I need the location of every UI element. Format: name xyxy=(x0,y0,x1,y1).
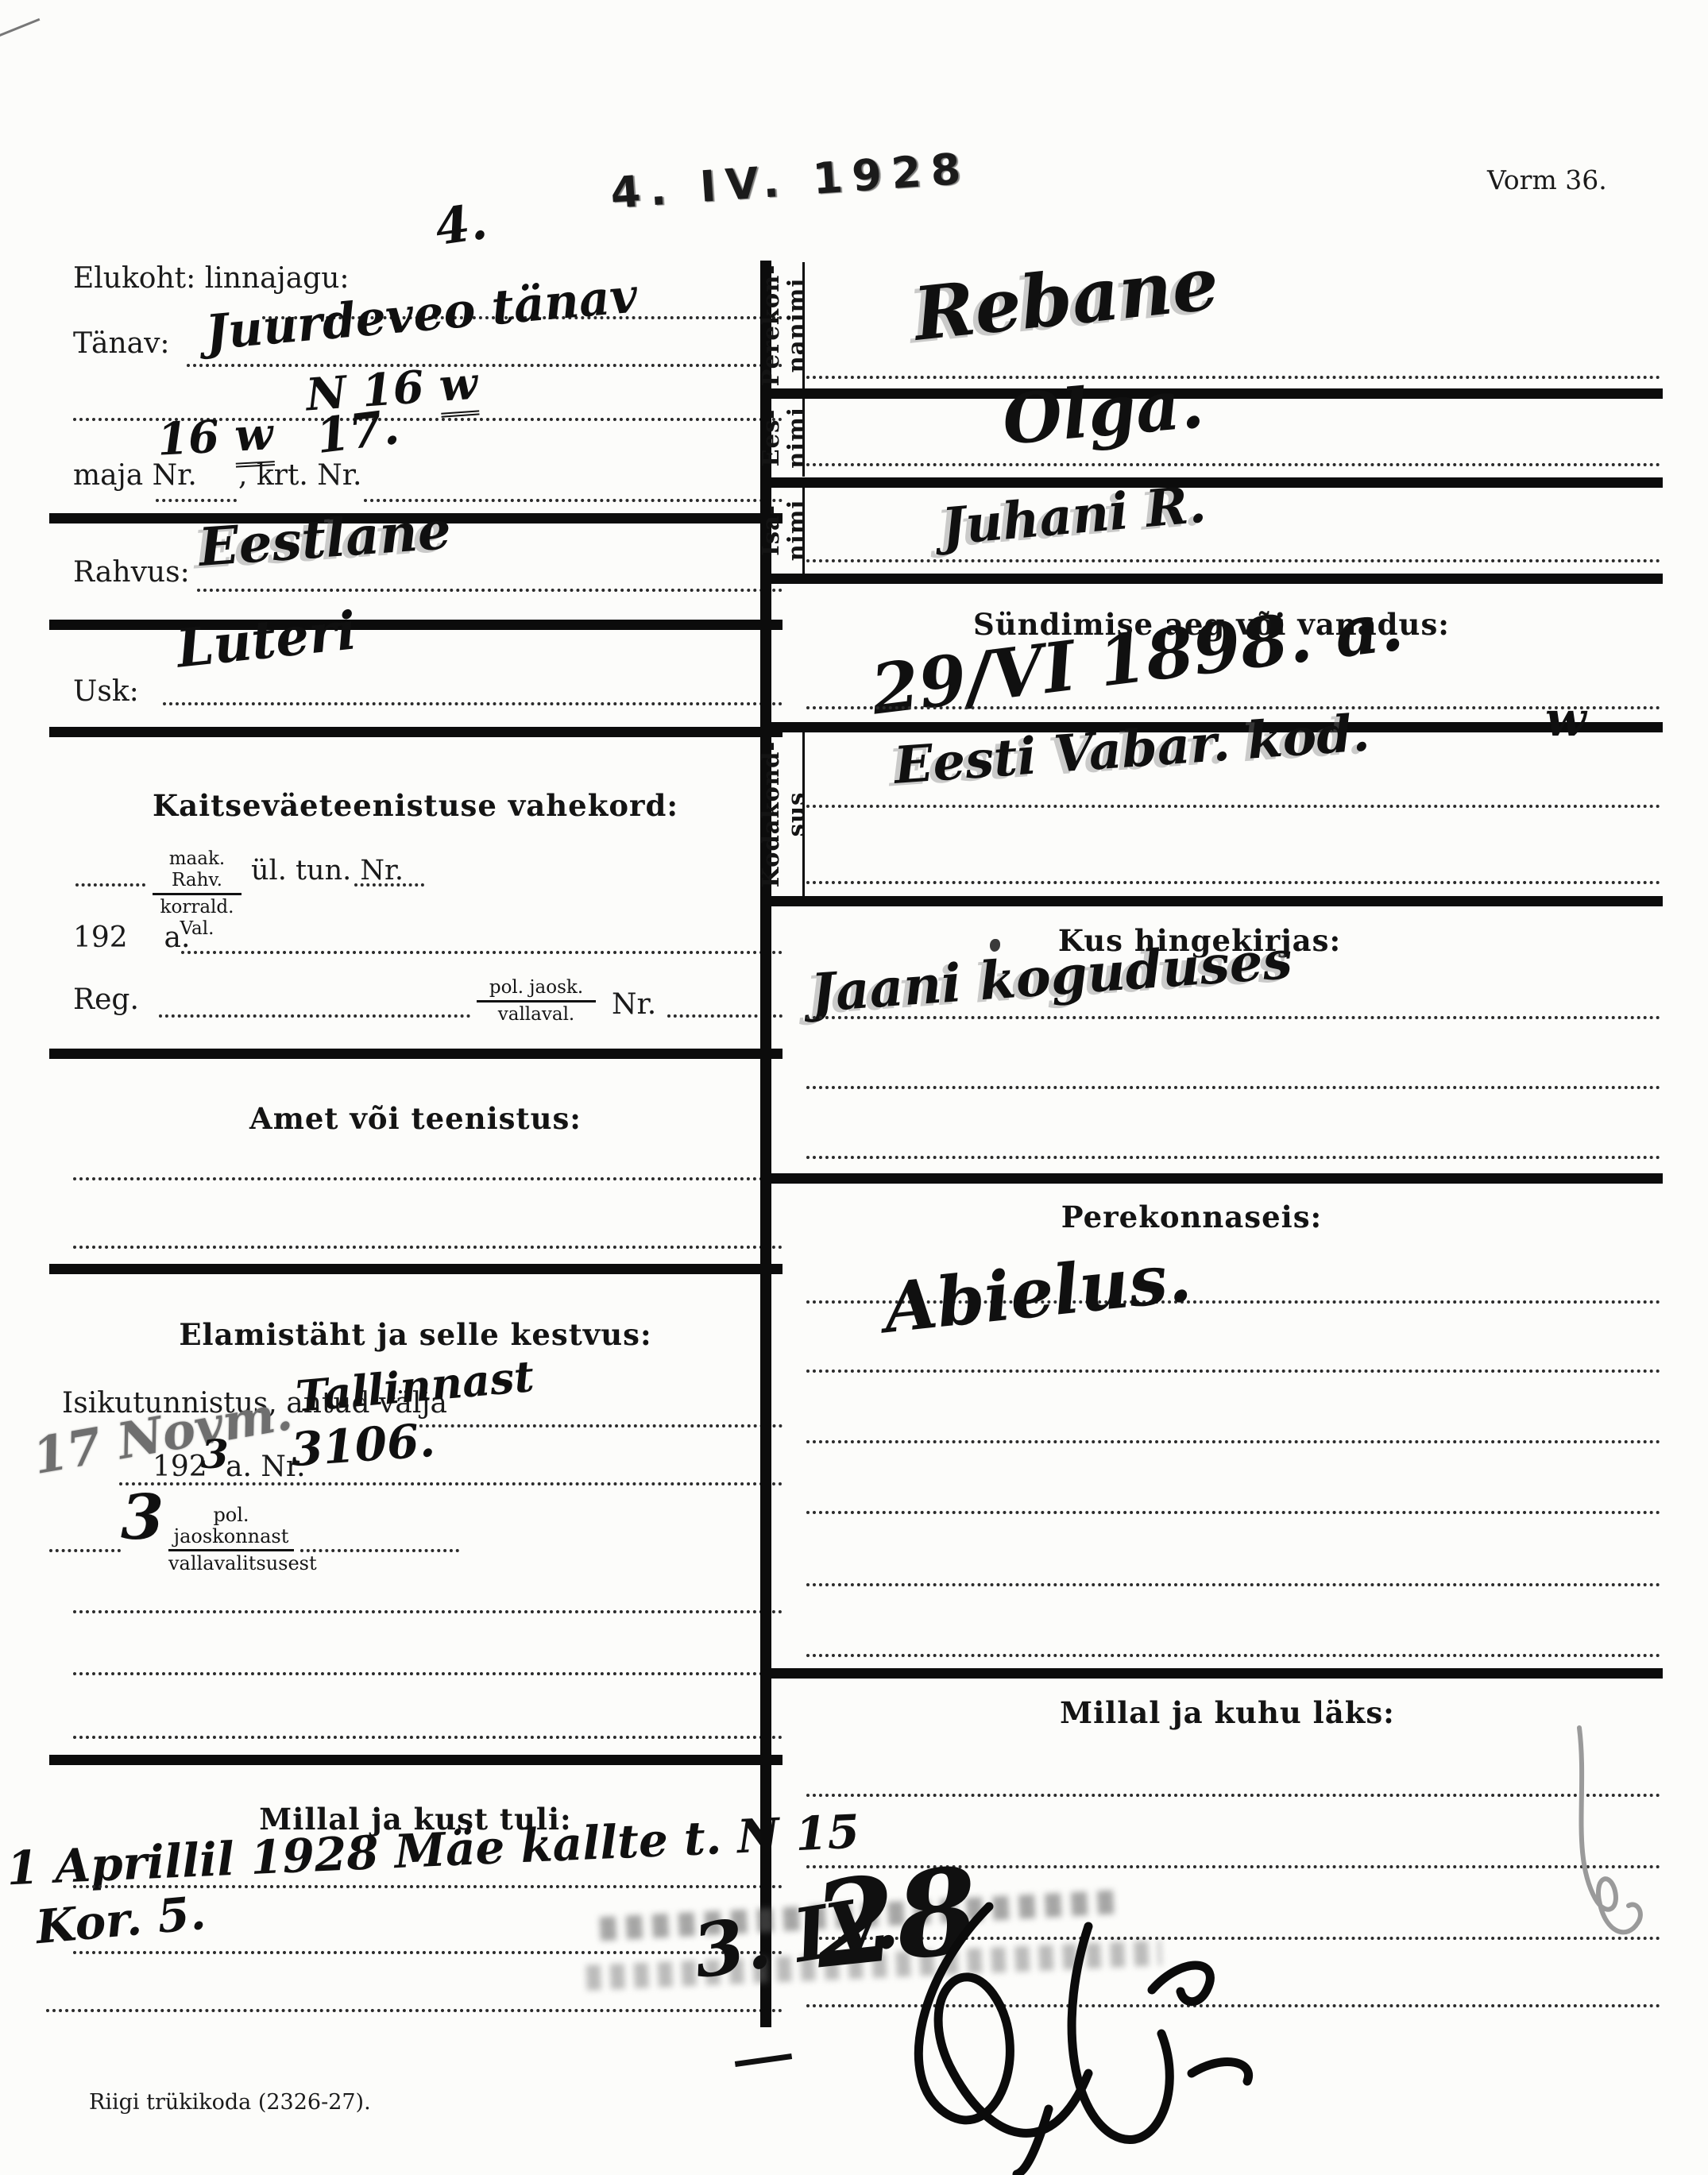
dotted-line xyxy=(806,1016,1660,1019)
identity-card-place-handwritten: Tallinnast xyxy=(294,1354,535,1418)
citizenship-vertical-label: Kodakond- sus xyxy=(765,732,802,896)
fraction-bottom: vallavalitsusest xyxy=(168,1551,294,1574)
vertical-label-line: nanimi xyxy=(783,278,809,373)
dotted-line xyxy=(806,706,1660,709)
occupation-heading: Amet või teenistus: xyxy=(249,1101,582,1136)
religion-label: Usk: xyxy=(73,675,139,708)
residence-permit-heading: Elamistäht ja selle kestvus: xyxy=(179,1317,651,1352)
dotted-line xyxy=(806,805,1660,808)
dotted-line xyxy=(73,1951,783,1954)
birthdate-extra-mark: w xyxy=(1545,696,1586,744)
dotted-line xyxy=(806,463,1660,466)
religion-value-handwritten: Luteri xyxy=(174,604,358,674)
registration-fraction: pol. jaosk. vallaval. xyxy=(477,977,596,1026)
section-divider xyxy=(49,1755,783,1765)
identity-number-handwritten: 3106. xyxy=(289,1417,436,1474)
vertical-label-line: Isa- xyxy=(758,504,783,556)
dotted-line xyxy=(46,2009,783,2012)
dotted-line xyxy=(806,1086,1660,1089)
section-divider xyxy=(49,1264,783,1274)
dotted-line xyxy=(73,1177,783,1180)
dotted-line xyxy=(197,589,783,592)
surname-vertical-label: Perekon- nanimi xyxy=(765,262,802,388)
dotted-line xyxy=(413,1424,783,1427)
certificate-number-label: ül. tun. Nr. xyxy=(251,855,404,887)
dotted-line xyxy=(300,1549,459,1552)
street-label: Tänav: xyxy=(73,327,170,360)
street-number-w: w xyxy=(438,357,480,418)
arrival-line2-handwritten: Kor. 5. xyxy=(34,1890,207,1950)
precinct-fraction: pol. jaoskonnast vallavalitsusest xyxy=(168,1505,294,1574)
row-divider xyxy=(760,896,1663,906)
departure-heading: Millal ja kuhu läks: xyxy=(1060,1695,1395,1730)
dotted-line xyxy=(49,1549,121,1552)
dotted-line xyxy=(806,881,1660,884)
printer-imprint: Riigi trükikoda (2326-27). xyxy=(89,2090,371,2115)
dotted-line xyxy=(806,1794,1660,1797)
scan-artifact xyxy=(0,18,40,38)
form-number: Vorm 36. xyxy=(1487,164,1607,195)
identity-year-handwritten: 3 xyxy=(201,1435,229,1474)
dotted-line xyxy=(73,1246,783,1249)
apartment-label: , krt. Nr. xyxy=(238,459,361,492)
section-divider xyxy=(49,1049,783,1059)
fraction-bottom: vallaval. xyxy=(477,1003,596,1026)
firstname-handwritten: Olga. xyxy=(1000,369,1207,455)
dotted-line xyxy=(73,1736,783,1739)
registration-label: Reg. xyxy=(73,983,139,1016)
parish-register-handwritten: Jaani koguduses xyxy=(809,933,1293,1019)
vertical-label-line: sus xyxy=(783,792,809,837)
row-divider xyxy=(760,1668,1663,1679)
dotted-line xyxy=(75,883,145,887)
precinct-number-handwritten: 3 xyxy=(121,1487,164,1549)
official-signature xyxy=(850,1871,1279,2175)
dotted-line xyxy=(73,1672,783,1675)
vertical-label-line: nimi xyxy=(783,500,809,562)
fraction-top: pol. jaosk. xyxy=(477,977,596,1003)
residence-value-handwritten: 4. xyxy=(432,197,490,253)
house-number-text: 16 xyxy=(156,410,236,466)
house-number-handwritten: 16 w xyxy=(157,411,274,462)
dotted-line xyxy=(73,1610,783,1613)
vertical-label-line: Kodakond- xyxy=(758,741,783,888)
dotted-line xyxy=(181,951,783,954)
nationality-value-handwritten: Eestlane xyxy=(197,504,453,574)
section-divider xyxy=(49,620,783,630)
residence-label: Elukoht: linnajagu: xyxy=(73,262,350,295)
military-service-heading: Kaitseväeteenistuse vahekord: xyxy=(153,788,678,823)
dotted-line xyxy=(806,559,1660,562)
fathersname-handwritten: Juhani R. xyxy=(940,480,1208,554)
dotted-line xyxy=(806,1440,1660,1443)
pencil-scribble xyxy=(1541,1720,1676,1958)
row-divider xyxy=(760,1173,1663,1184)
row-divider xyxy=(760,388,1663,399)
dotted-line xyxy=(354,883,424,887)
firstname-vertical-label: Ees- nimi xyxy=(765,399,802,477)
identity-year-print: 192 xyxy=(153,1451,207,1483)
year-row-label: 192 a. xyxy=(73,921,190,954)
apartment-number-handwritten: 17. xyxy=(314,404,402,461)
vertical-label-line: Perekon- xyxy=(758,265,783,387)
dotted-line xyxy=(806,1654,1660,1657)
dotted-line xyxy=(119,1482,783,1485)
dotted-line xyxy=(163,702,783,705)
dotted-line xyxy=(187,364,783,367)
date-stamp: 4. IV. 1928 xyxy=(609,143,972,218)
nationality-label: Rahvus: xyxy=(73,556,190,589)
dotted-line xyxy=(156,499,237,502)
section-divider xyxy=(49,727,783,737)
dotted-line xyxy=(806,1370,1660,1373)
fathersname-vertical-label: Isa- nimi xyxy=(765,487,802,574)
ink-dash xyxy=(735,2053,792,2067)
dotted-line xyxy=(159,1014,470,1018)
fraction-top: maak. Rahv. xyxy=(153,848,242,895)
citizenship-handwritten: Eesti Vabar. kod. xyxy=(892,708,1371,792)
marital-status-handwritten: Abielus. xyxy=(881,1243,1195,1343)
marital-status-heading: Perekonnaseis: xyxy=(1061,1200,1322,1234)
vertical-label-line: nimi xyxy=(783,407,809,469)
dotted-line xyxy=(806,1583,1660,1586)
surname-handwritten: Rebane xyxy=(910,246,1222,351)
dotted-line xyxy=(806,1156,1660,1159)
dotted-line xyxy=(806,376,1660,379)
row-divider xyxy=(760,477,1663,488)
vertical-label-line: Ees- xyxy=(758,409,783,467)
scanned-registration-form: 4. IV. 1928 Vorm 36. Elukoht: linnajagu:… xyxy=(0,0,1708,2175)
registration-nr-label: Nr. xyxy=(612,988,656,1021)
fraction-top: pol. jaoskonnast xyxy=(168,1505,294,1551)
dotted-line xyxy=(806,1511,1660,1514)
row-divider xyxy=(760,574,1663,584)
